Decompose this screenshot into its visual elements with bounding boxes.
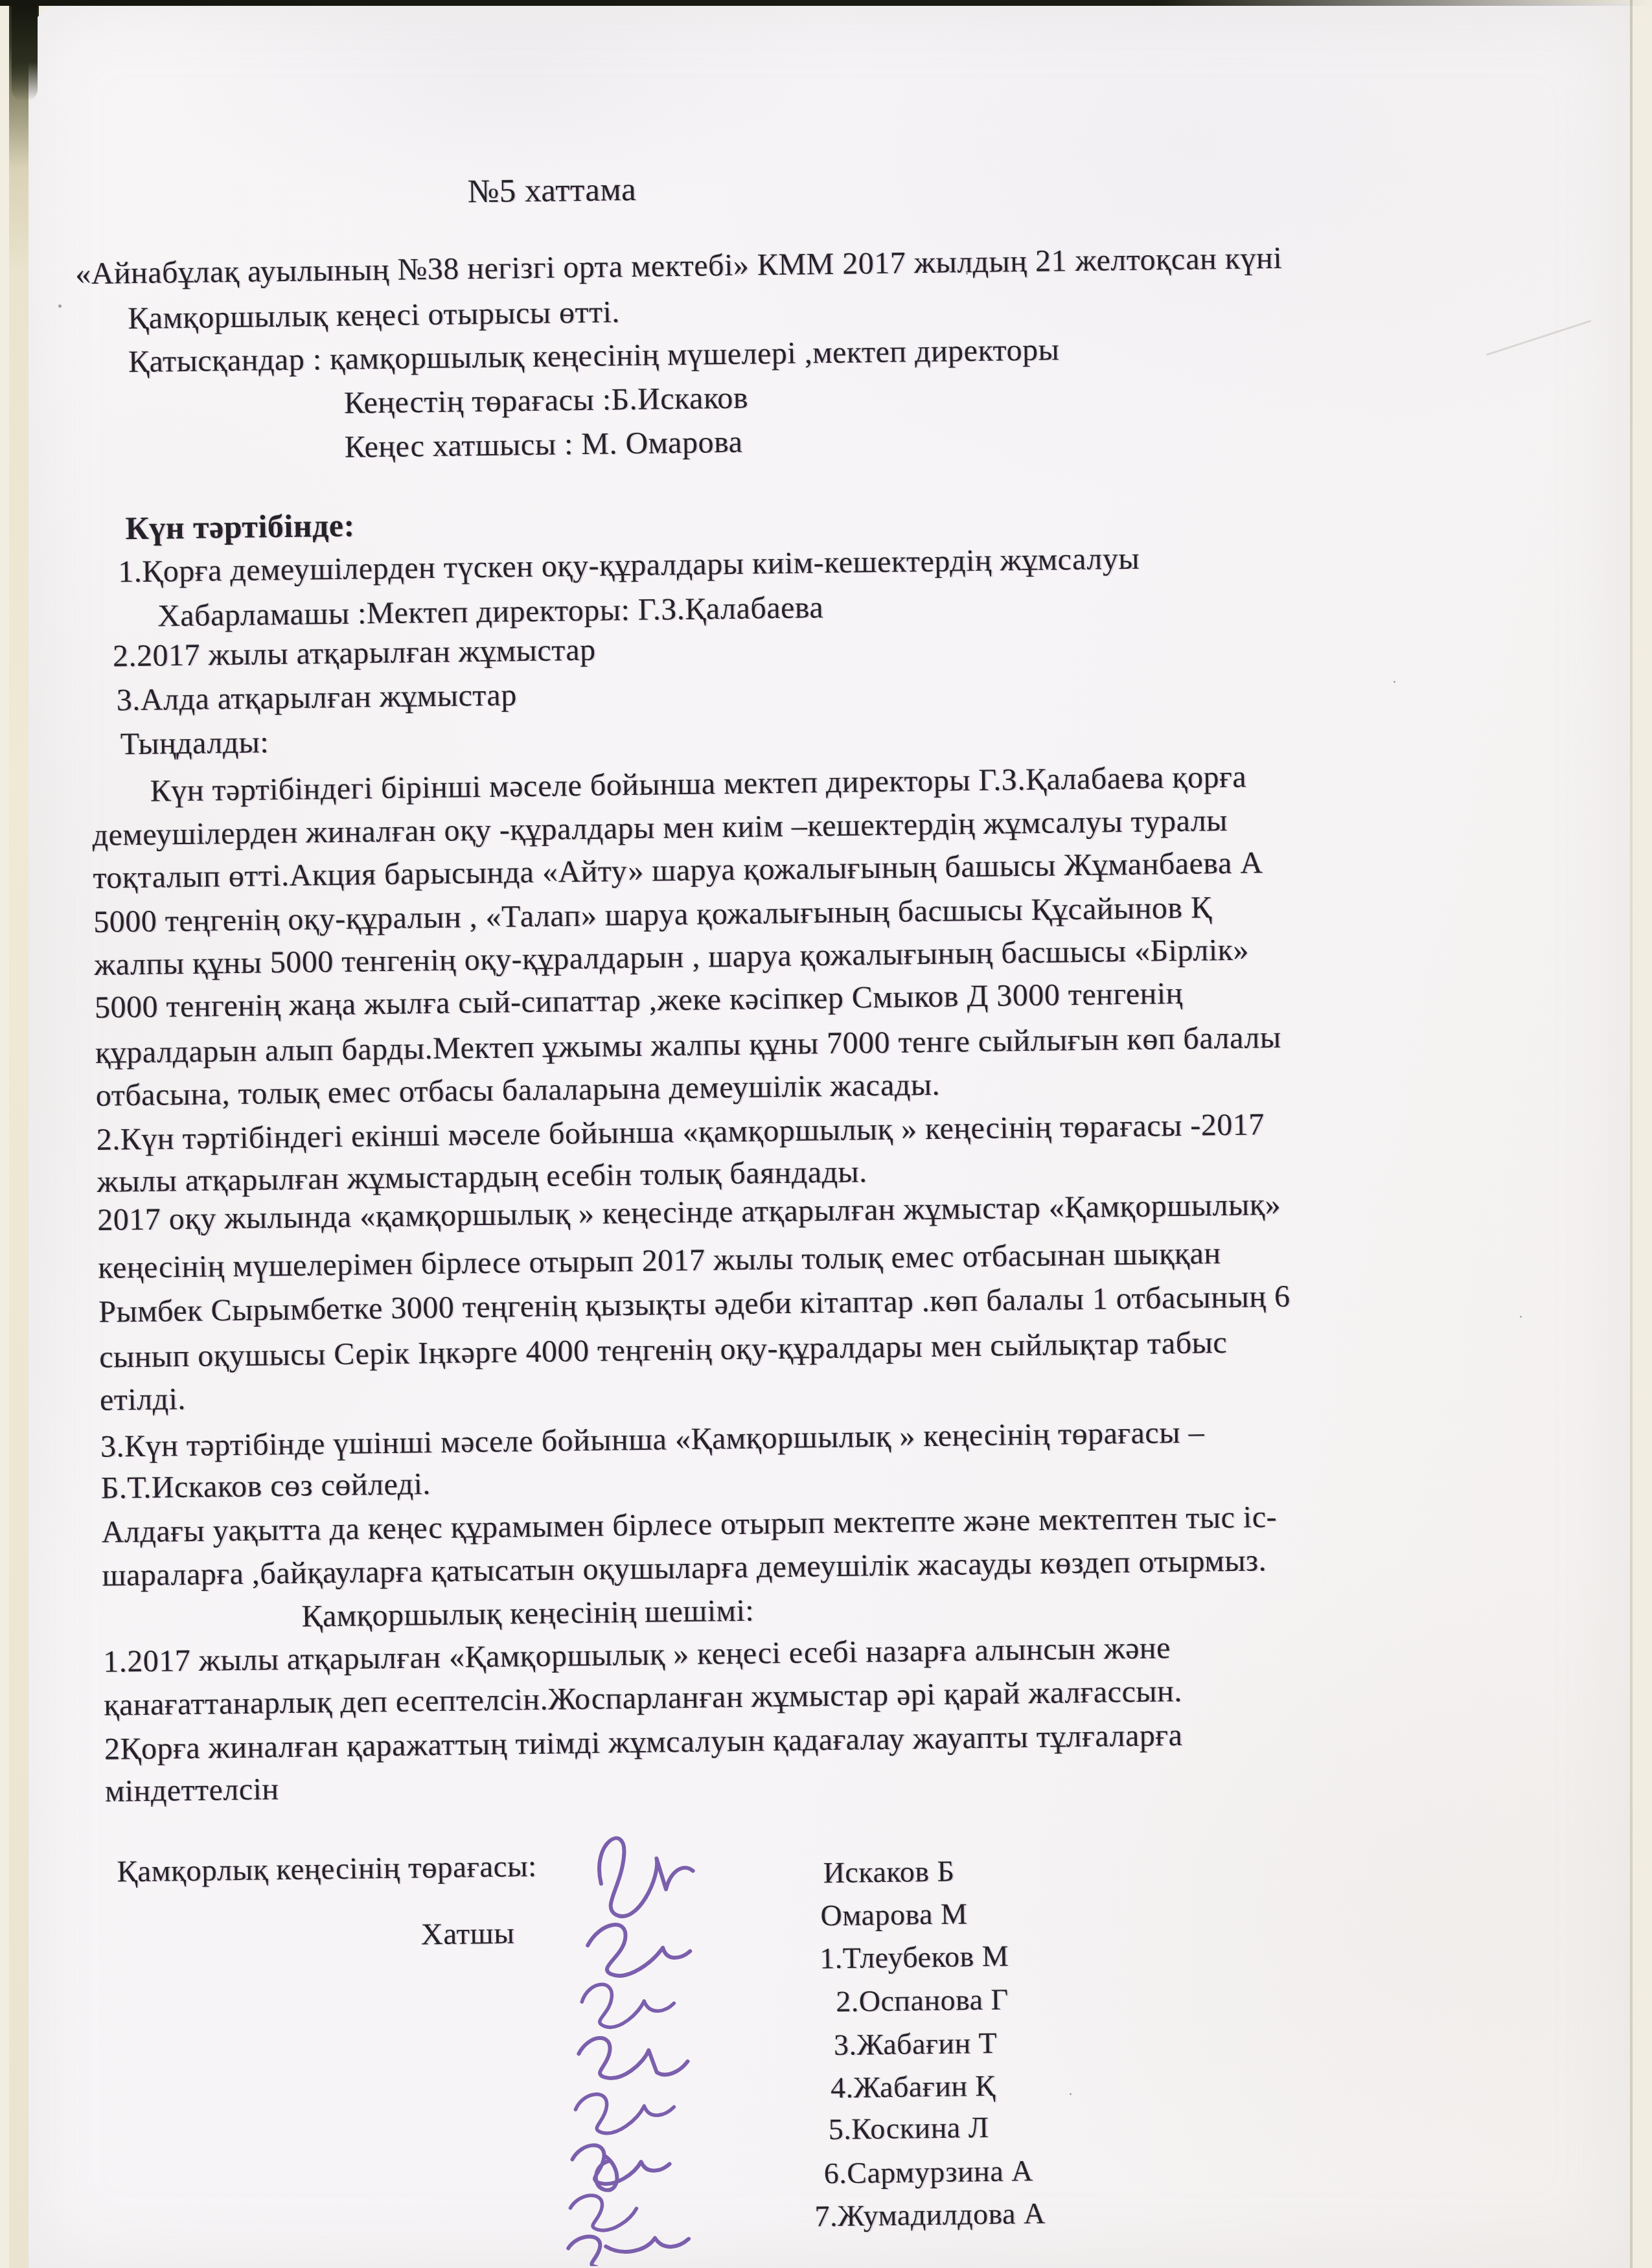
doc-line: шараларға ,байқауларға қатысатын оқушыла…: [102, 1542, 1267, 1594]
signatory-name: 1.Тлеубеков М: [820, 1938, 1009, 1977]
doc-line: Қатысқандар : қамқоршылық кеңесінің мүше…: [128, 332, 1060, 380]
doc-line: Кеңестің төрағасы :Б.Искаков: [344, 380, 749, 422]
doc-line: 1.Қорға демеушілерден түскен оқу-құралда…: [118, 541, 1140, 591]
chairman-label: Қамқорлық кеңесінің төрағасы:: [117, 1848, 537, 1890]
signatory-name: Омарова М: [820, 1896, 968, 1934]
signatory-name: 2.Оспанова Г: [836, 1982, 1009, 2020]
doc-line: Рымбек Сырымбетке 3000 теңгенің қызықты …: [98, 1279, 1291, 1331]
doc-line: Күн тәртібіндегі бірінші мәселе бойынша …: [150, 759, 1246, 810]
doc-line: 3.Күн тәртібінде үшінші мәселе бойынша «…: [100, 1415, 1205, 1465]
doc-line: 5000 теңгенің оқу-құралын , «Талап» шару…: [93, 889, 1212, 941]
signatures-ink: [503, 1817, 742, 2267]
doc-line: Қамқоршылық кеңесі отырысы өтті.: [128, 294, 620, 337]
doc-line: Б.Т.Искаков сөз сөйледі.: [100, 1466, 431, 1507]
doc-title: №5 хаттама: [467, 172, 636, 210]
signatory-name: 3.Жабағин Т: [834, 2025, 998, 2063]
doc-line: 2.2017 жылы атқарылған жұмыстар: [113, 632, 596, 675]
doc-line: кеңесінің мүшелерімен бірлесе отырып 201…: [98, 1235, 1221, 1287]
doc-line: Кеңес хатшысы : М. Омарова: [344, 424, 742, 466]
doc-line: құралдарын алып барды.Мектеп ұжымы жалпы…: [95, 1020, 1281, 1071]
doc-line: етілді.: [100, 1381, 187, 1419]
doc-line: Алдағы уақытта да кеңес құрамымен бірлес…: [101, 1499, 1277, 1551]
doc-line: Хабарламашы :Мектеп директоры: Г.З.Қалаб…: [157, 590, 824, 634]
doc-line: тоқталып өтті.Акция барысында «Айту» шар…: [93, 845, 1263, 897]
signatory-name: 4.Жабағин Қ: [831, 2068, 996, 2106]
signatory-name: 7.Жумадилдова А: [814, 2195, 1046, 2235]
signatory-name: 6.Сармурзина А: [823, 2153, 1033, 2192]
doc-line: «Айнабұлақ ауылының №38 негізгі орта мек…: [75, 240, 1283, 292]
signatory-name: 5.Коскина Л: [829, 2109, 989, 2148]
doc-line: 1.2017 жылы атқарылған «Қамқоршылық » ке…: [103, 1630, 1171, 1680]
doc-line: демеушілерден жиналған оқу -құралдары ме…: [92, 803, 1228, 854]
doc-line: міндеттелсін: [105, 1771, 279, 1810]
document-content: №5 хаттама «Айнабұлақ ауылының №38 негіз…: [0, 0, 1652, 2268]
signatory-name: Искаков Б: [823, 1853, 955, 1892]
doc-line: қанағаттанарлық деп есептелсін.Жоспарлан…: [104, 1673, 1182, 1724]
doc-heading-decision: Қамқоршылық кеңесінің шешімі:: [301, 1593, 755, 1635]
doc-line: 5000 тенгенің жаңа жылға сый-сипаттар ,ж…: [95, 976, 1183, 1026]
doc-line: 2Қорға жиналған қаражаттың тиімді жұмсал…: [104, 1717, 1183, 1768]
doc-line: сынып оқушысы Серік Іңкәрге 4000 теңгені…: [99, 1325, 1228, 1376]
secretary-label: Хатшы: [421, 1916, 515, 1953]
doc-line: 3.Алда атқарылған жұмыстар: [117, 677, 518, 718]
doc-heading-agenda: Күн тәртібінде:: [125, 507, 355, 547]
doc-line: 2.Күн тәртібіндегі екінші мәселе бойынша…: [96, 1106, 1265, 1158]
doc-line: Тыңдалды:: [120, 724, 269, 762]
doc-line: жалпы құны 5000 тенгенің оқу-құралдарын …: [94, 932, 1249, 983]
doc-line: отбасына, толық емес отбасы балаларына д…: [96, 1067, 941, 1114]
